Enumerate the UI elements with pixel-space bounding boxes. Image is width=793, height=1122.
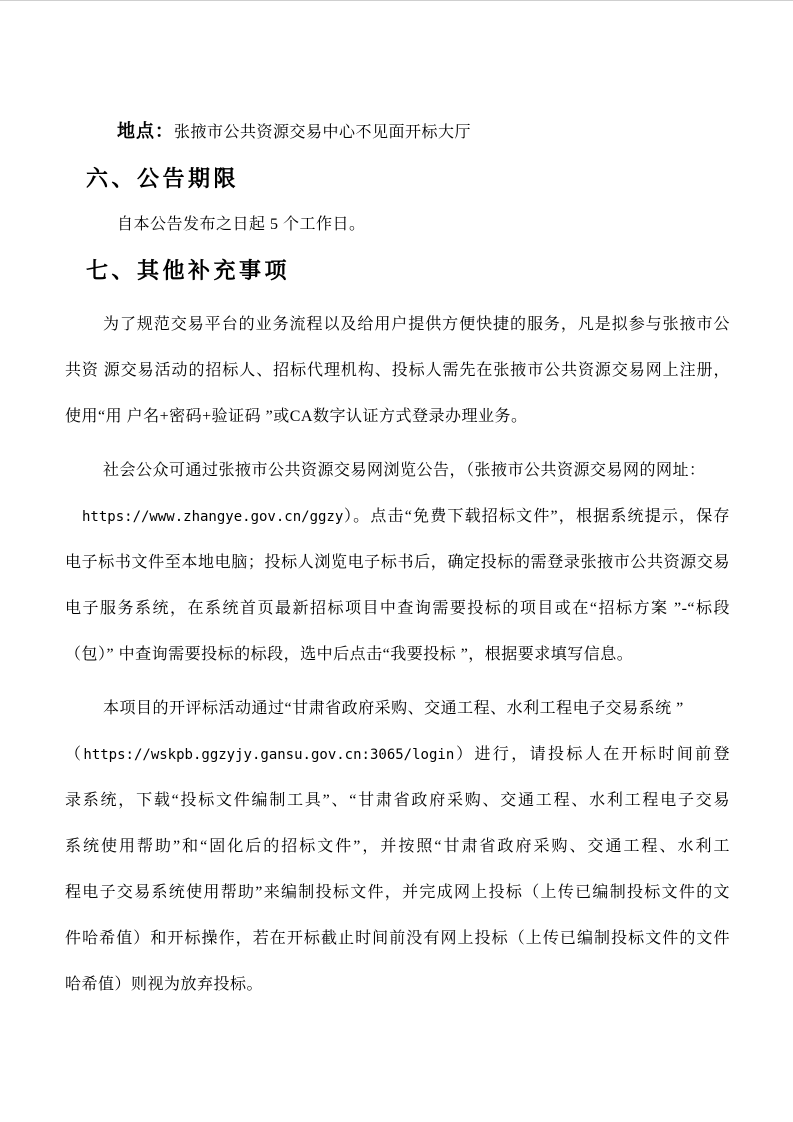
zhangye-url-text: https://www.zhangye.gov.cn/ggzy <box>82 509 343 525</box>
document-page: 地点：张掖市公共资源交易中心不见面开标大厅 六、公告期限 自本公告发布之日起 5… <box>0 0 793 1122</box>
location-line: 地点：张掖市公共资源交易中心不见面开标大厅 <box>65 108 730 156</box>
location-label: 地点： <box>117 121 174 141</box>
browse-paragraph-line-2-rest: ）。点击“免费下载招标文件”，根据系统提示，保存 <box>343 508 730 525</box>
bidding-paragraph-line-2-open-paren: （ <box>65 746 83 763</box>
registration-paragraph-line-2: 共资 源交易活动的招标人、招标代理机构、投标人需先在张掖市公共资源交易网上注册， <box>65 348 730 394</box>
registration-paragraph-line-1: 为了规范交易平台的业务流程以及给用户提供方便快捷的服务，凡是拟参与张掖市公 <box>65 302 730 348</box>
registration-paragraph-line-3: 使用“用 户名+密码+验证码 ”或CA数字认证方式登录办理业务。 <box>65 394 730 440</box>
announcement-period-text: 自本公告发布之日起 5 个工作日。 <box>65 202 730 248</box>
bidding-paragraph-line-4: 系统使用帮助”和“固化后的招标文件”，并按照“甘肃省政府采购、交通工程、水利工 <box>65 824 730 870</box>
browse-paragraph-line-3: 电子标书文件至本地电脑；投标人浏览电子标书后，确定投标的需登录张掖市公共资源交易 <box>65 540 730 586</box>
section-six-heading: 六、公告期限 <box>65 156 730 202</box>
section-seven-heading: 七、其他补充事项 <box>65 248 730 294</box>
bidding-paragraph-line-1: 本项目的开评标活动通过“甘肃省政府采购、交通工程、水利工程电子交易系统 ” <box>65 686 730 732</box>
browse-paragraph-line-5: （包）” 中查询需要投标的标段，选中后点击“我要投标 ”，根据要求填写信息。 <box>65 632 730 678</box>
gansu-system-url-text: https://wskpb.ggzyjy.gansu.gov.cn:3065/l… <box>83 747 454 763</box>
browse-paragraph-line-2: https://www.zhangye.gov.cn/ggzy）。点击“免费下载… <box>65 494 730 540</box>
browse-paragraph-line-1: 社会公众可通过张掖市公共资源交易网浏览公告，（张掖市公共资源交易网的网址： <box>65 448 730 494</box>
bidding-paragraph-line-6: 件哈希值）和开标操作，若在开标截止时间前没有网上投标（上传已编制投标文件的文件 <box>65 916 730 962</box>
bidding-paragraph-line-2-rest: ）进行，请投标人在开标时间前登 <box>454 746 730 763</box>
browse-paragraph-line-4: 电子服务系统，在系统首页最新招标项目中查询需要投标的项目或在“招标方案 ”-“标… <box>65 586 730 632</box>
bidding-paragraph-line-5: 程电子交易系统使用帮助”来编制投标文件，并完成网上投标（上传已编制投标文件的文 <box>65 870 730 916</box>
location-value: 张掖市公共资源交易中心不见面开标大厅 <box>174 124 471 141</box>
bidding-paragraph-line-3: 录系统，下载“投标文件编制工具”、“甘肃省政府采购、交通工程、水利工程电子交易 <box>65 778 730 824</box>
bidding-paragraph-line-2: （https://wskpb.ggzyjy.gansu.gov.cn:3065/… <box>65 732 730 778</box>
bidding-paragraph-line-7: 哈希值）则视为放弃投标。 <box>65 962 730 1008</box>
